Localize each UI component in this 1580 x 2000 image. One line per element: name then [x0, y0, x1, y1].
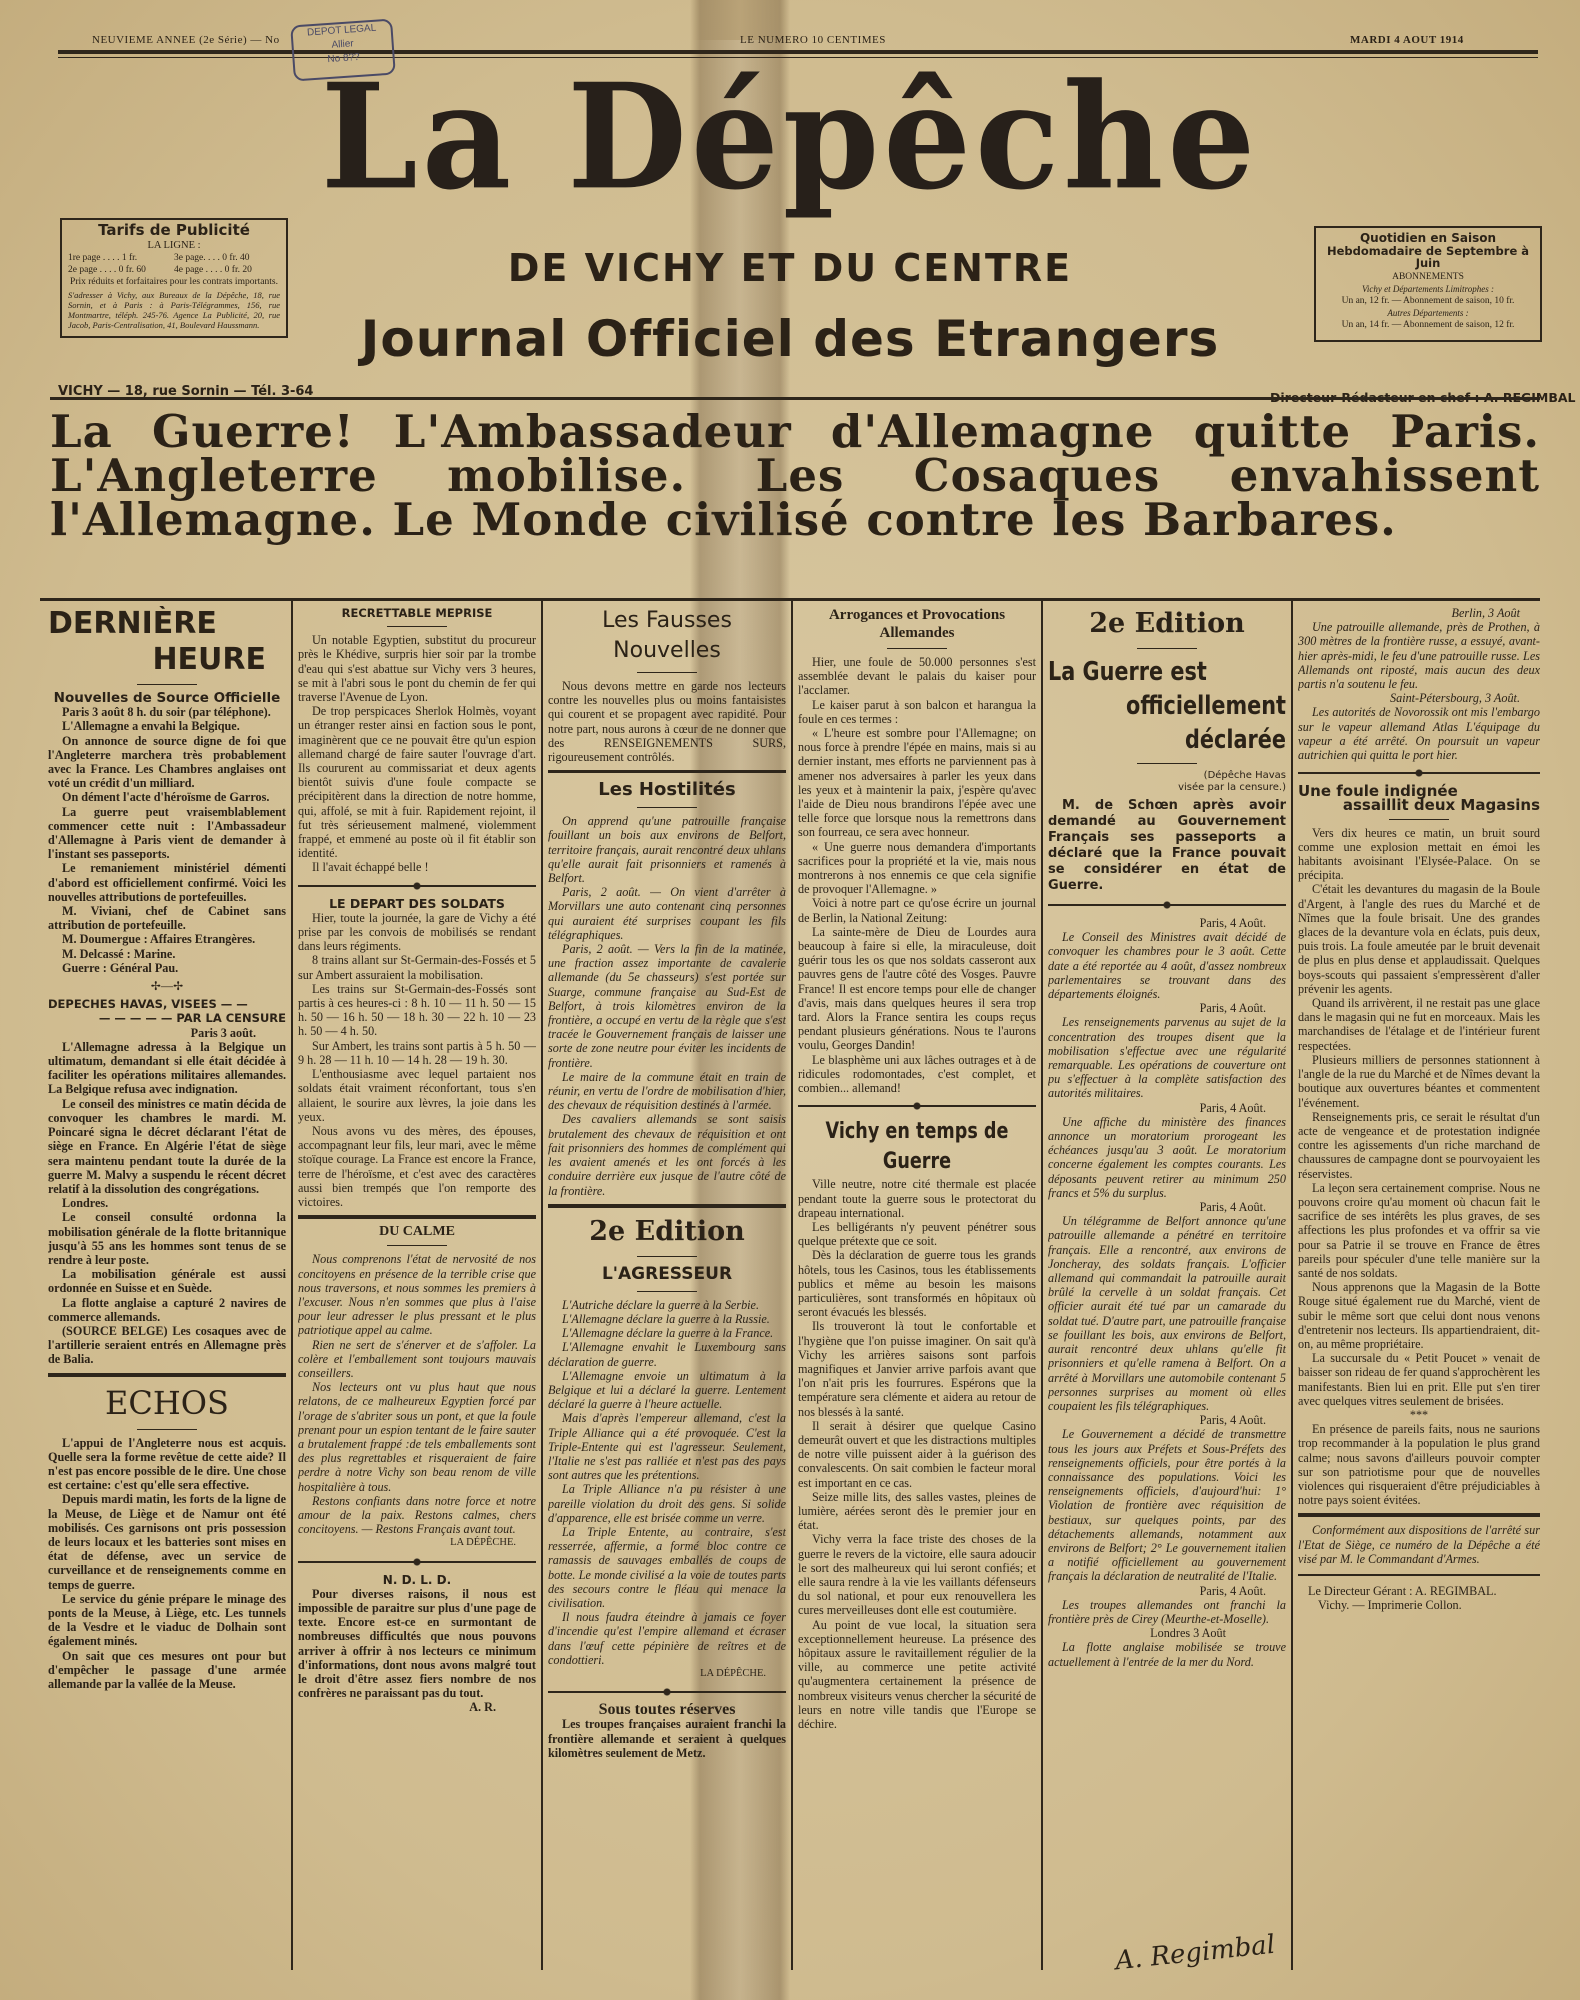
price: LE NUMERO 10 CENTIMES [740, 34, 886, 46]
paragraph: De trop perspicaces Sherlok Holmès, voya… [298, 704, 536, 860]
ornament-icon: ✢—✢ [48, 979, 286, 993]
dispatch-text: Les troupes allemandes ont franchi la fr… [1048, 1598, 1286, 1626]
short-rule [637, 1256, 697, 1257]
ornament-rule [1298, 768, 1540, 778]
paragraph: M. Doumergue : Affaires Etrangères. [48, 932, 286, 946]
paragraph: Les troupes françaises auraient franchi … [548, 1717, 786, 1760]
section-rule [548, 770, 786, 773]
havas-title-1: DEPECHES HAVAS, VISEES — — [48, 997, 286, 1011]
paragraph: Le kaiser parut à son balcon et harangua… [798, 698, 1036, 726]
short-rule [387, 1245, 447, 1246]
paragraph: Il l'avait échappé belle ! [298, 860, 536, 874]
paragraph: (SOURCE BELGE) Les cosaques avec de l'ar… [48, 1324, 286, 1367]
paragraph: La flotte anglaise a capturé 2 navires d… [48, 1296, 286, 1324]
vichy-guerre-title: Vichy en temps de Guerre [806, 1117, 1028, 1177]
short-rule [637, 1291, 697, 1292]
section-rule [548, 1204, 786, 1208]
paragraph: M. Delcassé : Marine. [48, 947, 286, 961]
paragraph: Depuis mardi matin, les forts de la lign… [48, 1492, 286, 1591]
paragraph: Nous avons vu des mères, des épouses, ac… [298, 1124, 536, 1209]
paragraph: Voici à notre part ce qu'ose écrire un j… [798, 896, 1036, 924]
dispatch-text: Le Conseil des Ministres avait décidé de… [1048, 930, 1286, 1001]
havas-note-line: (Dépêche Havas [1048, 770, 1286, 782]
paragraph: L'Allemagne déclare la guerre à la Russi… [548, 1312, 786, 1326]
paragraph: Paris, 2 août. — On vient d'arrêter à Mo… [548, 885, 786, 942]
column-separator [1291, 600, 1293, 1970]
dispatch-place: Paris, 4 Août. [1048, 1101, 1266, 1115]
dispatch-place: Berlin, 3 Août [1298, 606, 1520, 620]
paragraph: M. Viviani, chef de Cabinet sans attribu… [48, 904, 286, 932]
paragraph: Hier, une foule de 50.000 personnes s'es… [798, 655, 1036, 698]
dispatch-place: Paris, 4 Août. [1048, 1001, 1266, 1015]
paragraph: L'Autriche déclare la guerre à la Serbie… [548, 1298, 786, 1312]
year-series: NEUVIEME ANNEE (2e Série) — No [92, 34, 280, 46]
ad-rate: 2e page . . . . 0 fr. 60 [68, 264, 174, 276]
issue-date: MARDI 4 AOUT 1914 [1350, 34, 1464, 46]
short-rule [1389, 819, 1449, 820]
dispatch-place: Paris, 4 Août. [1048, 1584, 1266, 1598]
short-rule [637, 672, 697, 673]
paragraph: La Triple Entente, au contraire, s'est r… [548, 1525, 786, 1610]
dispatch-text: La flotte anglaise mobilisée se trouve a… [1048, 1640, 1286, 1668]
paragraph: L'Allemagne envoie un ultimatum à la Bel… [548, 1369, 786, 1412]
short-rule [137, 1429, 197, 1430]
ad-box-la-ligne: LA LIGNE : [68, 240, 280, 252]
havas-date: Paris 3 août. [48, 1026, 256, 1040]
guerre-declaree-title-1: La Guerre est [1048, 655, 1238, 689]
director-manager: Le Directeur Gérant : A. REGIMBAL. [1298, 1584, 1540, 1598]
paragraph: Rien ne sert de s'énerver et de s'affole… [298, 1338, 536, 1381]
column-2e-edition: 2e Edition La Guerre est officiellement … [1048, 606, 1286, 1966]
paragraph: Pour diverses raisons, il nous est impos… [298, 1587, 536, 1701]
paragraph: Ils trouveront là tout le confortable et… [798, 1319, 1036, 1418]
arrogances-title-2: Allemandes [798, 624, 1036, 642]
paragraph: Renseignements pris, ce serait le résult… [1298, 1110, 1540, 1181]
masthead-title: La Dépêche [60, 58, 1520, 216]
subscription-box: Quotidien en Saison Hebdomadaire de Sept… [1314, 226, 1542, 342]
printer: Vichy. — Imprimerie Collon. [1298, 1598, 1540, 1612]
short-rule [1137, 648, 1197, 649]
paragraph: Guerre : Général Pau. [48, 961, 286, 975]
paragraph: Paris 3 août 8 h. du soir (par téléphone… [48, 705, 286, 719]
paragraph: On sait que ces mesures ont pour but d'e… [48, 1649, 286, 1692]
paragraph: Seize mille lits, des salles vastes, ple… [798, 1490, 1036, 1533]
column-separator [1041, 600, 1043, 1970]
calme-signature: LA DÉPÊCHE. [298, 1536, 516, 1550]
paragraph: L'Allemagne adressa à la Belgique un ult… [48, 1040, 286, 1097]
paragraph: Vers dix heures ce matin, un bruit sourd… [1298, 826, 1540, 883]
main-headline: La Guerre! L'Ambassadeur d'Allemagne qui… [50, 410, 1540, 542]
paragraph: Paris, 2 août. — Vers la fin de la matin… [548, 942, 786, 1070]
paragraph: « L'heure est sombre pour l'Allemagne; o… [798, 726, 1036, 840]
advertising-rates-box: Tarifs de Publicité LA LIGNE : 1re page … [60, 218, 288, 338]
column-separator [541, 600, 543, 1970]
dispatch-text: Une patrouille allemande, près de Prothe… [1298, 620, 1540, 691]
agresseur-title: L'AGRESSEUR [548, 1263, 786, 1285]
official-source-subtitle: Nouvelles de Source Officielle [48, 691, 286, 705]
paragraph: Le conseil consulté ordonna la mobilisat… [48, 1210, 286, 1267]
paragraph: Le maire de la commune était en train de… [548, 1070, 786, 1113]
column-foule-indignee: Berlin, 3 Août Une patrouille allemande,… [1298, 606, 1540, 1966]
sub-rate1: Un an, 12 fr. — Abonnement de saison, 10… [1322, 295, 1534, 307]
paragraph: L'enthousiasme avec lequel partaient nos… [298, 1067, 536, 1124]
ornament-rule [298, 881, 536, 891]
paragraph: La sainte-mère de Dieu de Lourdes aura b… [798, 925, 1036, 1053]
paragraph: Nous apprenons que la Magasin de la Bott… [1298, 1280, 1540, 1351]
paragraph: Nous devons mettre en garde nos lecteurs… [548, 679, 786, 764]
dispatch-place: Londres 3 Août [1048, 1626, 1226, 1640]
paragraph: Les trains sur St-Germain-des-Fossés son… [298, 982, 536, 1039]
dispatch-text: Les renseignements parvenus au sujet de … [1048, 1015, 1286, 1100]
paragraph: L'Allemagne déclare la guerre à la Franc… [548, 1326, 786, 1340]
paragraph: En présence de pareils faits, nous ne sa… [1298, 1422, 1540, 1507]
column-separator [291, 600, 293, 1970]
footer-rule [1298, 1574, 1540, 1576]
dispatch-place: Paris, 4 Août. [1048, 1200, 1266, 1214]
edition-title: 2e Edition [1048, 606, 1286, 642]
ndld-title: N. D. L. D. [298, 1573, 536, 1587]
paragraph: Les belligérants n'y peuvent pénétrer so… [798, 1220, 1036, 1248]
meprise-title: RECRETTABLE MEPRISE [298, 606, 536, 620]
paragraph: Plusieurs milliers de personnes stationn… [1298, 1053, 1540, 1110]
ad-note: Prix réduits et forfaitaires pour les co… [68, 276, 280, 288]
paragraph: On annonce de source digne de foi que l'… [48, 734, 286, 791]
paragraph: Sur Ambert, les trains sont partis à 5 h… [298, 1039, 536, 1067]
section-rule [298, 1215, 536, 1219]
paragraph: Vichy verra la face triste des choses de… [798, 1532, 1036, 1617]
dispatch-place: Paris, 4 Août. [1048, 1413, 1266, 1427]
sub-region1: Vichy et Départements Limitrophes : [1322, 283, 1534, 295]
havas-note-line: visée par la censure.) [1048, 782, 1286, 794]
depart-title: LE DEPART DES SOLDATS [298, 897, 536, 911]
calme-title: DU CALME [298, 1225, 536, 1239]
dispatch-text: Les autorités de Novorossik ont mis l'em… [1298, 705, 1540, 762]
paragraph: Quand ils arrivèrent, il ne restait pas … [1298, 996, 1540, 1053]
paragraph: On dément l'acte d'héroïsme de Garros. [48, 790, 286, 804]
hostilites-body: On apprend qu'une patrouille française f… [548, 814, 786, 1197]
paragraph: Il nous faudra éteindre à jamais ce foye… [548, 1610, 786, 1667]
paragraph: 8 trains allant sur St-Germain-des-Fossé… [298, 953, 536, 981]
paragraph: Le conseil des ministres ce matin décida… [48, 1097, 286, 1196]
paragraph: Dès la déclaration de guerre tous les gr… [798, 1248, 1036, 1319]
agresseur-body: L'Autriche déclare la guerre à la Serbie… [548, 1298, 786, 1667]
paragraph: Des cavaliers allemands se sont saisis b… [548, 1112, 786, 1197]
dispatch-text: Le Gouvernement a décidé de transmettre … [1048, 1427, 1286, 1583]
dispatch-place: Saint-Pétersbourg, 3 Août. [1298, 691, 1520, 705]
ad-rate: 3e page. . . . 0 fr. 40 [174, 252, 280, 264]
paragraph: L'appui de l'Angleterre nous est acquis.… [48, 1436, 286, 1493]
section-rule [1298, 1513, 1540, 1517]
arrogances-title-1: Arrogances et Provocations [798, 606, 1036, 624]
hostilites-title: Les Hostilités [548, 779, 786, 801]
column-meprise: RECRETTABLE MEPRISE Un notable Egyptien,… [298, 606, 536, 1966]
paragraph: « Une guerre nous demandera d'importants… [798, 840, 1036, 897]
derniere-title: DERNIÈRE [48, 606, 286, 642]
masthead-subtitle: DE VICHY ET DU CENTRE [400, 246, 1180, 290]
sub-line1: Quotidien en Saison [1322, 232, 1534, 244]
short-rule [887, 648, 947, 649]
short-rule [137, 684, 197, 685]
echos-title: ECHOS [48, 1383, 286, 1423]
ad-rate: 4e page . . . . 0 fr. 20 [174, 264, 280, 276]
paragraph: Hier, toute la journée, la gare de Vichy… [298, 911, 536, 954]
foule-title-2: assaillit deux Magasins [1298, 798, 1540, 812]
short-rule [1137, 763, 1197, 764]
paragraph: Restons confiants dans notre force et no… [298, 1494, 536, 1537]
heure-title: HEURE [48, 642, 266, 678]
paragraph: Nous comprenons l'état de nervosité de n… [298, 1252, 536, 1337]
paragraph: La guerre peut vraisemblablement commenc… [48, 805, 286, 862]
ndld-signature: A. R. [298, 1700, 496, 1714]
short-rule [387, 626, 447, 627]
paragraph: Ville neutre, notre cité thermale est pl… [798, 1177, 1036, 1220]
fausses-title: Les Fausses Nouvelles [548, 606, 786, 666]
ad-contact: S'adresser à Vichy, aux Bureaux de la Dé… [68, 290, 280, 330]
paragraph: La leçon sera certainement comprise. Nou… [1298, 1181, 1540, 1280]
paragraph: C'était les devantures du magasin de la … [1298, 882, 1540, 996]
lead-paragraph: M. de Schœn après avoir demandé au Gouve… [1048, 798, 1286, 894]
paragraph: Mais d'après l'empereur allemand, c'est … [548, 1411, 786, 1482]
paragraph: La Triple Alliance n'a pu résister à une… [548, 1482, 786, 1525]
guerre-declaree-title-2: officiellement déclarée [1096, 689, 1286, 757]
ornament-rule [548, 1687, 786, 1697]
paragraph: Le service du génie prépare le minage de… [48, 1592, 286, 1649]
ad-rates-grid: 1re page . . . . 1 fr. 3e page. . . . 0 … [68, 252, 280, 276]
paragraph: La succursale du « Petit Poucet » venait… [1298, 1351, 1540, 1408]
ornament-rule [298, 1557, 536, 1567]
agresseur-signature: LA DÉPÊCHE. [548, 1667, 766, 1681]
ornament-rule [798, 1101, 1036, 1111]
sub-title: ABONNEMENTS [1322, 271, 1534, 283]
dispatch-text: Une affiche du ministère des finances an… [1048, 1115, 1286, 1200]
paragraph: Londres. [48, 1196, 286, 1210]
paragraph: Il serait à désirer que quelque Casino d… [798, 1419, 1036, 1490]
sub-region2: Autres Départements : [1322, 307, 1534, 319]
ad-rate: 1re page . . . . 1 fr. [68, 252, 174, 264]
short-rule [637, 807, 697, 808]
headline-rule [40, 598, 1540, 601]
header-rule [50, 397, 1540, 400]
echos-body: L'appui de l'Angleterre nous est acquis.… [48, 1436, 286, 1692]
havas-title-2: — — — — — PAR LA CENSURE [48, 1011, 286, 1025]
edition-title: 2e Edition [548, 1214, 786, 1250]
dispatch-place: Paris, 4 Août. [1048, 916, 1266, 930]
calme-body: Nous comprenons l'état de nervosité de n… [298, 1252, 536, 1536]
paragraph: La mobilisation générale est aussi ordon… [48, 1267, 286, 1295]
paragraph: Nos lecteurs ont vu plus haut que nous r… [298, 1380, 536, 1494]
ad-box-title: Tarifs de Publicité [68, 224, 280, 236]
paragraph: Le remaniement ministériel démenti d'abo… [48, 861, 286, 904]
paragraph: L'Allemagne envahit le Luxembourg sans d… [548, 1340, 786, 1368]
section-rule [48, 1373, 286, 1377]
column-arrogances: Arrogances et Provocations Allemandes Hi… [798, 606, 1036, 1966]
dispatch-text: Un télégramme de Belfort annonce qu'une … [1048, 1214, 1286, 1413]
column-fausses-nouvelles: Les Fausses Nouvelles Nous devons mettre… [548, 606, 786, 1966]
paragraph: Le blasphème uni aux lâches outrages et … [798, 1053, 1036, 1096]
havas-body: L'Allemagne adressa à la Belgique un ult… [48, 1040, 286, 1367]
column-separator [791, 600, 793, 1970]
censorship-notice: Conformément aux dispositions de l'arrêt… [1298, 1523, 1540, 1566]
paragraph: On apprend qu'une patrouille française f… [548, 814, 786, 885]
asterism: *** [1298, 1408, 1540, 1422]
reserves-title: Sous toutes réserves [548, 1703, 786, 1717]
paragraph: L'Allemagne a envahi la Belgique. [48, 719, 286, 733]
derniere-body: Paris 3 août 8 h. du soir (par téléphone… [48, 705, 286, 975]
sub-line2: Hebdomadaire de Septembre à Juin [1322, 245, 1534, 269]
ornament-rule [1048, 900, 1286, 910]
paragraph: Un notable Egyptien, substitut du procur… [298, 633, 536, 704]
journal-tagline: Journal Officiel des Etrangers [320, 310, 1260, 368]
sub-rate2: Un an, 14 fr. — Abonnement de saison, 12… [1322, 319, 1534, 331]
column-derniere-heure: DERNIÈRE HEURE Nouvelles de Source Offic… [48, 606, 286, 1966]
paragraph: Au point de vue local, la situation sera… [798, 1618, 1036, 1732]
havas-note: (Dépêche Havas visée par la censure.) [1048, 770, 1286, 794]
